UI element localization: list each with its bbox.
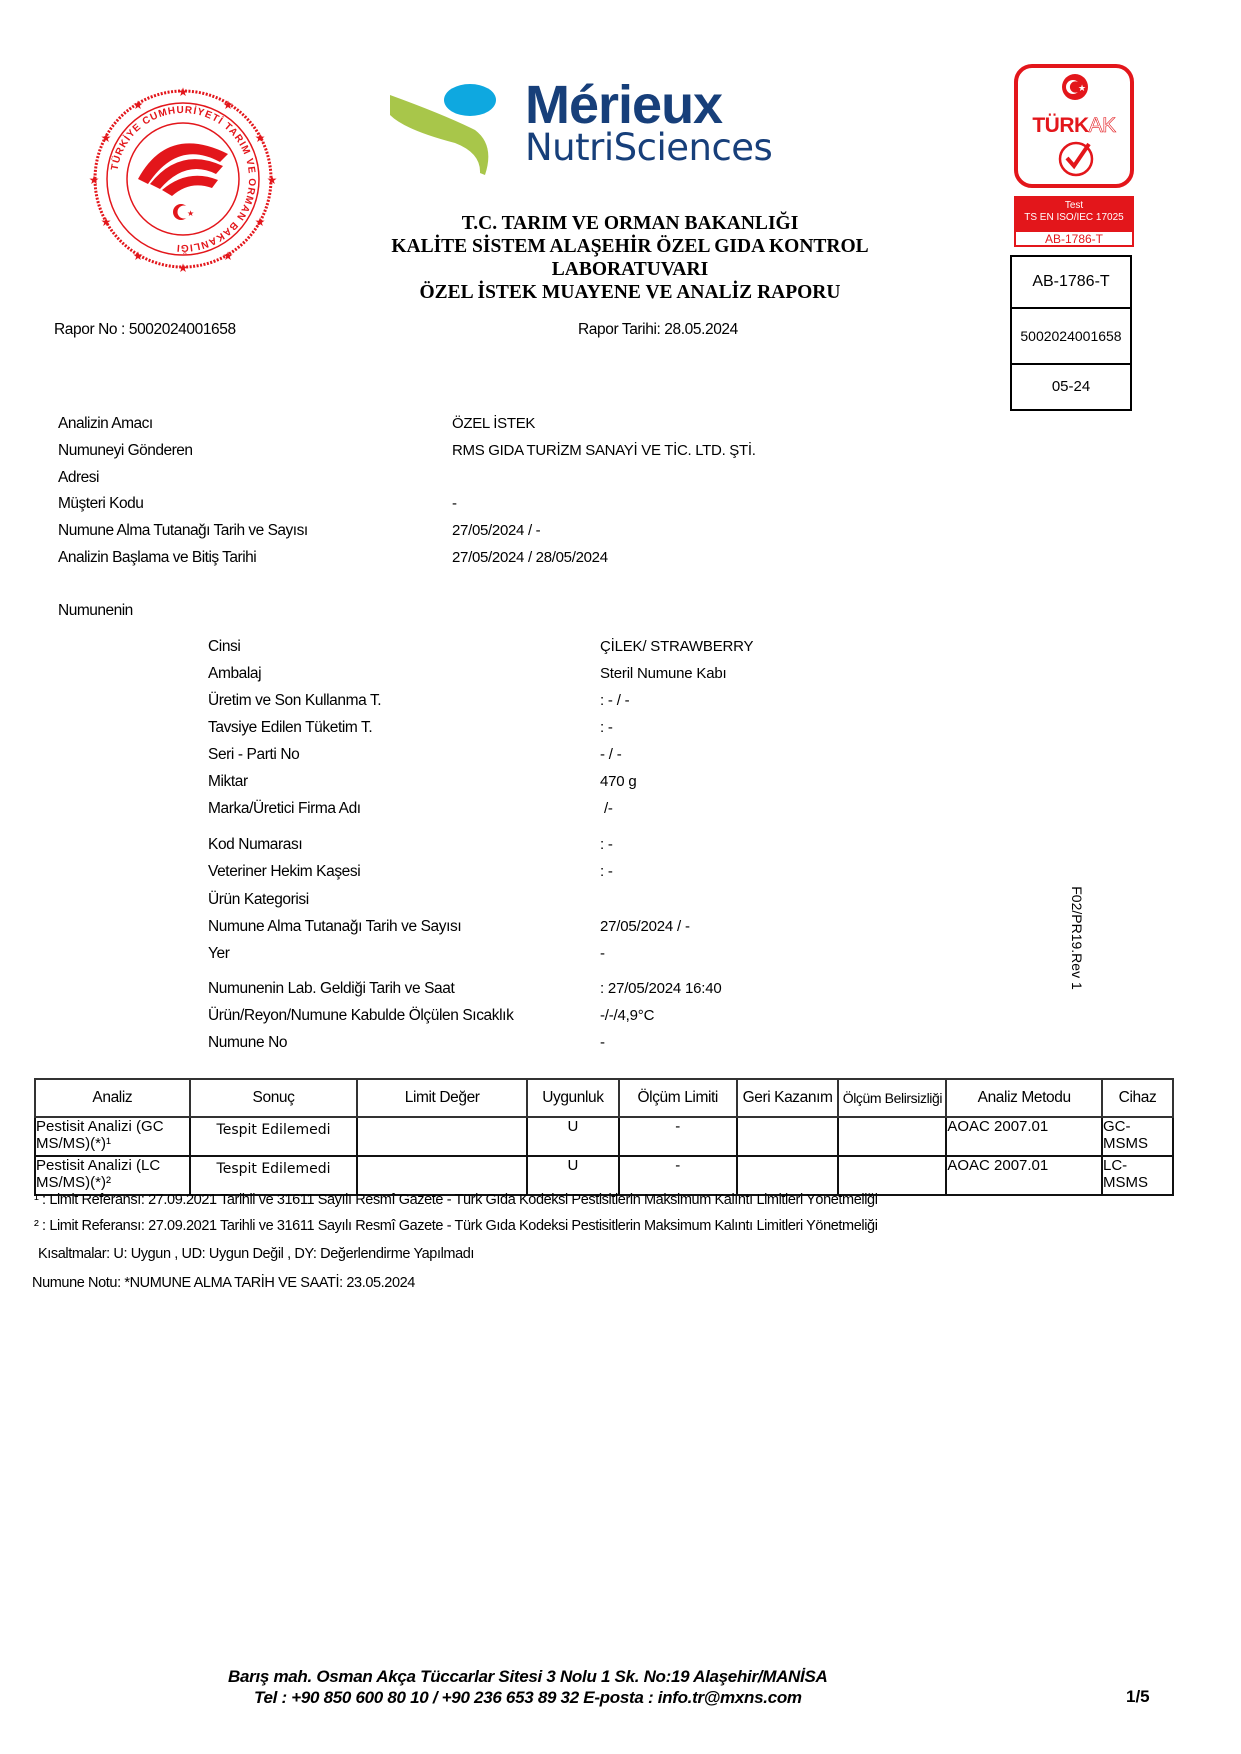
col-header: Uygunluk xyxy=(527,1079,619,1117)
id-period: 05-24 xyxy=(1012,365,1130,409)
turkak-logo-icon: ★ TÜRKAK xyxy=(1014,64,1134,188)
sample-row: Seri - Parti No- / - xyxy=(208,746,908,766)
sample-row: CinsiÇİLEK/ STRAWBERRY xyxy=(208,638,908,658)
form-code: F02/PR19.Rev 1 xyxy=(1065,880,1085,1000)
sample-row: Ürün Kategorisi xyxy=(208,891,908,911)
table-row: Pestisit Analizi (GC MS/MS)(*)¹ Tespit E… xyxy=(35,1117,1173,1156)
svg-text:★: ★ xyxy=(101,131,112,145)
report-title: T.C. TARIM VE ORMAN BAKANLIĞI KALİTE SİS… xyxy=(330,212,930,304)
svg-text:★: ★ xyxy=(178,261,189,274)
report-date: Rapor Tarihi: 28.05.2024 xyxy=(578,321,738,339)
accreditation-code: AB-1786-T xyxy=(1014,230,1134,247)
table-header-row: Analiz Sonuç Limit Değer Uygunluk Ölçüm … xyxy=(35,1079,1173,1117)
sample-note: Numune Notu: *NUMUNE ALMA TARİH VE SAATİ… xyxy=(32,1275,415,1291)
col-header: Analiz Metodu xyxy=(946,1079,1102,1117)
footer-contact: Tel : +90 850 600 80 10 / +90 236 653 89… xyxy=(200,1687,1000,1708)
abbreviations-note: Kısaltmalar: U: Uygun , UD: Uygun Değil … xyxy=(38,1246,474,1262)
turkak-wordmark: TÜRKAK xyxy=(1018,114,1130,138)
footer-address: Barış mah. Osman Akça Tüccarlar Sitesi 3… xyxy=(200,1666,1000,1687)
col-header: Analiz xyxy=(35,1079,190,1117)
col-header: Ölçüm Belirsizliği xyxy=(838,1079,946,1117)
sample-row: Marka/Üretici Firma Adı /- xyxy=(208,800,908,820)
info-row: Analizin Başlama ve Bitiş Tarihi27/05/20… xyxy=(58,549,858,569)
col-header: Geri Kazanım xyxy=(737,1079,839,1117)
sample-row: Numunenin Lab. Geldiği Tarih ve Saat: 27… xyxy=(208,980,908,1000)
footer: Barış mah. Osman Akça Tüccarlar Sitesi 3… xyxy=(200,1666,1000,1708)
col-header: Cihaz xyxy=(1102,1079,1173,1117)
ministry-seal-icon: TÜRKİYE CUMHURİYETİ TARIM VE ORMAN BAKAN… xyxy=(88,84,278,274)
svg-text:★: ★ xyxy=(1078,83,1086,93)
svg-text:★: ★ xyxy=(255,131,266,145)
sample-row: Numune No- xyxy=(208,1034,908,1054)
svg-text:★: ★ xyxy=(267,173,278,187)
title-line: LABORATUVARI xyxy=(330,258,930,281)
id-accreditation-no: AB-1786-T xyxy=(1012,257,1130,309)
svg-text:★: ★ xyxy=(223,249,234,263)
results-table: Analiz Sonuç Limit Değer Uygunluk Ölçüm … xyxy=(34,1078,1174,1196)
limit-reference-2: ² : Limit Referansı: 27.09.2021 Tarihli … xyxy=(34,1218,878,1234)
crescent-star-icon: ★ xyxy=(1060,72,1090,102)
accreditation-band: Test TS EN ISO/IEC 17025 xyxy=(1014,196,1134,230)
col-header: Ölçüm Limiti xyxy=(619,1079,737,1117)
svg-text:★: ★ xyxy=(223,98,234,112)
svg-text:★: ★ xyxy=(133,249,144,263)
merieux-logo-line1: Mérieux xyxy=(525,77,722,133)
merieux-logo-icon xyxy=(385,75,525,175)
report-number: Rapor No : 5002024001658 xyxy=(54,321,236,339)
sample-section-label: Numunenin xyxy=(58,602,133,620)
sample-row: Kod Numarası: - xyxy=(208,836,908,856)
svg-text:★: ★ xyxy=(89,173,100,187)
info-row: Analizin AmacıÖZEL İSTEK xyxy=(58,415,858,435)
id-box: AB-1786-T 5002024001658 05-24 xyxy=(1010,255,1132,411)
sample-row: Yer- xyxy=(208,945,908,965)
limit-reference-1: ¹ : Limit Referansı: 27.09.2021 Tarihli … xyxy=(34,1192,878,1208)
title-line: ÖZEL İSTEK MUAYENE VE ANALİZ RAPORU xyxy=(330,281,930,304)
sample-row: Tavsiye Edilen Tüketim T.: - xyxy=(208,719,908,739)
checkmark-icon xyxy=(1056,138,1096,178)
info-row: Numuneyi GönderenRMS GIDA TURİZM SANAYİ … xyxy=(58,442,858,462)
info-row: Numune Alma Tutanağı Tarih ve Sayısı27/0… xyxy=(58,522,858,542)
svg-text:★: ★ xyxy=(178,85,189,99)
svg-text:★: ★ xyxy=(187,209,194,218)
page-number: 1/5 xyxy=(1126,1687,1150,1707)
info-row: Müşteri Kodu- xyxy=(58,495,858,515)
info-row: Adresi xyxy=(58,469,858,489)
merieux-logo-line2: NutriSciences xyxy=(525,127,772,169)
table-row: Pestisit Analizi (LC MS/MS)(*)² Tespit E… xyxy=(35,1156,1173,1195)
svg-text:★: ★ xyxy=(101,215,112,229)
title-line: T.C. TARIM VE ORMAN BAKANLIĞI xyxy=(330,212,930,235)
sample-row: Veteriner Hekim Kaşesi: - xyxy=(208,863,908,883)
sample-row: Miktar470 g xyxy=(208,773,908,793)
sample-row: Numune Alma Tutanağı Tarih ve Sayısı27/0… xyxy=(208,918,908,938)
sample-row: Üretim ve Son Kullanma T.: - / - xyxy=(208,692,908,712)
title-line: KALİTE SİSTEM ALAŞEHİR ÖZEL GIDA KONTROL xyxy=(330,235,930,258)
id-report-no: 5002024001658 xyxy=(1012,309,1130,365)
merieux-logo: Mérieux NutriSciences xyxy=(385,75,855,175)
sample-row: Ürün/Reyon/Numune Kabulde Ölçülen Sıcakl… xyxy=(208,1007,908,1027)
svg-text:★: ★ xyxy=(133,98,144,112)
svg-text:★: ★ xyxy=(255,215,266,229)
sample-row: AmbalajSteril Numune Kabı xyxy=(208,665,908,685)
col-header: Sonuç xyxy=(190,1079,358,1117)
col-header: Limit Değer xyxy=(357,1079,527,1117)
